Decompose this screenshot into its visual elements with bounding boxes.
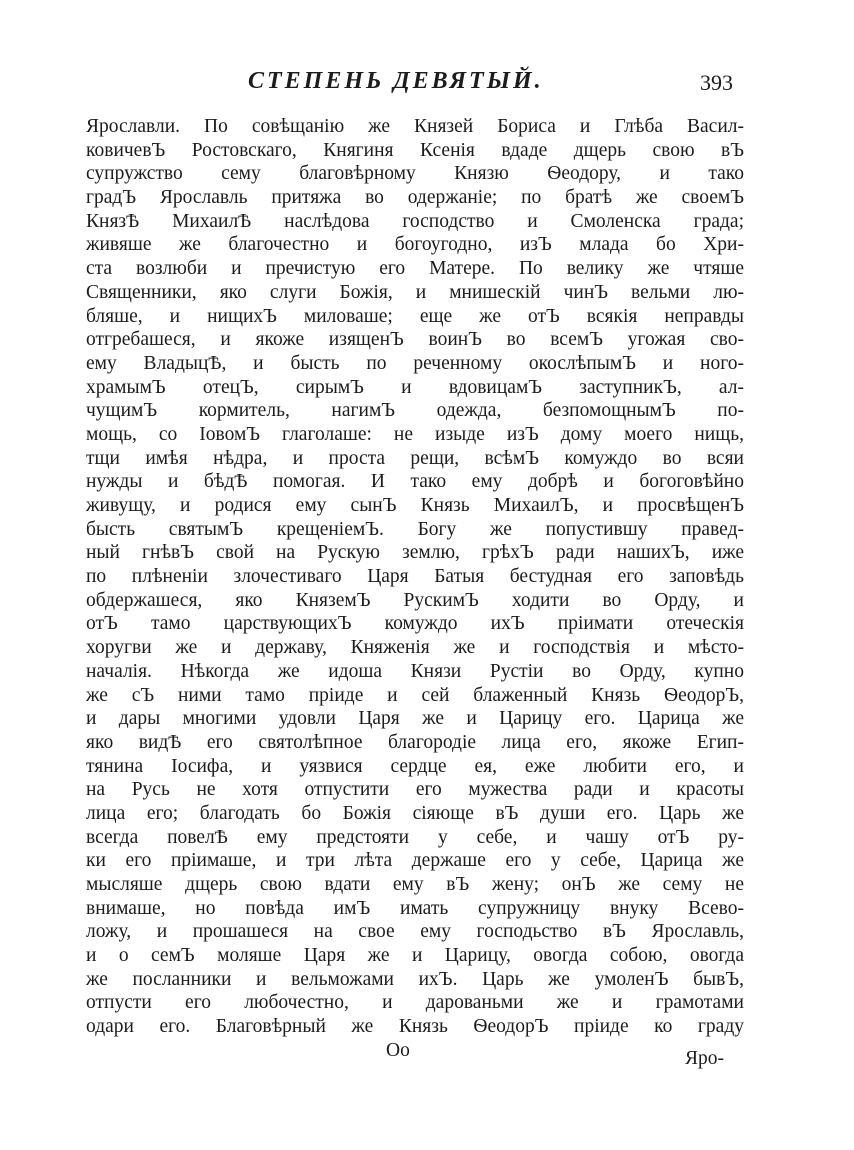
text-line: ный гнѣвЪ свой на Рускую землю, грѣхЪ ра…	[86, 541, 744, 565]
text-line: КнязѢ МихаилѢ наслѣдова господство и Смо…	[86, 210, 744, 234]
text-line: началія. Нѣкогда же идоша Князи Рустіи в…	[86, 660, 744, 684]
catchword: Яро-	[685, 1048, 724, 1070]
text-line: живяше же благочестно и богоугодно, изЪ …	[86, 233, 744, 257]
text-line: по плѣненіи злочестиваго Царя Батыя бест…	[86, 565, 744, 589]
text-line: храмымЪ отецЪ, сирымЪ и вдовицамЪ заступ…	[86, 376, 744, 400]
text-line: лица его; благодать бо Божія сіяюще вЪ д…	[86, 802, 744, 826]
text-line: и дары многими удовли Царя же и Царицу е…	[86, 707, 744, 731]
text-line: и о семЪ моляше Царя же и Царицу, овогда…	[86, 944, 744, 968]
text-line: супружство сему благовѣрному Князю Ѳеодо…	[86, 162, 744, 186]
text-line: чущимЪ кормитель, нагимЪ одежда, безпомо…	[86, 399, 744, 423]
text-line: мысляше дщерь свою вдати ему вЪ жену; он…	[86, 873, 744, 897]
text-line: ковичевЪ Ростовскаго, Княгиня Ксенія вда…	[86, 139, 744, 163]
text-line: мощь, со ІовомЪ глаголаше: не изыде изЪ …	[86, 423, 744, 447]
text-line: Священники, яко слуги Божія, и мнишескій…	[86, 281, 744, 305]
page-footer: Оо Яро-	[86, 1040, 744, 1066]
text-line: градЪ Ярославль притяжа во одержаніе; по…	[86, 186, 744, 210]
text-line: ста возлюби и пречистую его Матере. По в…	[86, 257, 744, 281]
page-number: 393	[700, 70, 733, 96]
text-line: на Русь не хотя отпустити его мужества р…	[86, 778, 744, 802]
text-line: тщи имѣя нѣдра, и проста рещи, всѣмЪ ком…	[86, 447, 744, 471]
text-line: хоругви же и державу, Княженія же и госп…	[86, 636, 744, 660]
text-line: ложу, и прошашеся на свое ему господьств…	[86, 920, 744, 944]
text-line: Ярославли. По совѣщанію же Князей Бориса…	[86, 115, 744, 139]
running-title: СТЕПЕНЬ ДЕВЯТЫЙ.	[248, 68, 544, 95]
text-line: нужды и бѣдѢ помогая. И тако ему добрѣ и…	[86, 470, 744, 494]
text-line: живущу, и родися ему сынЪ Князь МихаилЪ,…	[86, 494, 744, 518]
text-line: ки его пріимаше, и три лѣта держаше его …	[86, 849, 744, 873]
text-line: бляше, и нищихЪ миловаше; еще же отЪ вся…	[86, 305, 744, 329]
text-line: внимаше, но повѣда имЪ имать супружницу …	[86, 897, 744, 921]
text-line: же посланники и вельможами ихЪ. Царь же …	[86, 968, 744, 992]
text-line: одари его. Благовѣрный же Князь ѲеодорЪ …	[86, 1015, 744, 1039]
text-line: всегда повелѢ ему предстояти у себе, и ч…	[86, 826, 744, 850]
text-line: яко видѢ его святолѣпное благородіе лица…	[86, 731, 744, 755]
text-line: отЪ тамо царствующихЪ комуждо ихЪ пріима…	[86, 612, 744, 636]
text-line: обдержашеся, яко КняземЪ РускимЪ ходити …	[86, 589, 744, 613]
signature-mark: Оо	[386, 1040, 410, 1062]
text-line: же сЪ ними тамо пріиде и сей блаженный К…	[86, 684, 744, 708]
text-line: тянина Іосифа, и уязвися сердце ея, еже …	[86, 755, 744, 779]
text-line: бысть святымЪ крещеніемЪ. Богу же попуст…	[86, 518, 744, 542]
body-text: Ярославли. По совѣщанію же Князей Бориса…	[86, 115, 744, 1039]
book-page: СТЕПЕНЬ ДЕВЯТЫЙ. 393 Ярославли. По совѣщ…	[0, 0, 854, 1150]
text-line: отгребашеся, и якоже изященЪ воинЪ во вс…	[86, 328, 744, 352]
text-line: отпусти его любочестно, и дарованьми же …	[86, 991, 744, 1015]
text-line: ему ВладыцѢ, и бысть по реченному окослѣ…	[86, 352, 744, 376]
